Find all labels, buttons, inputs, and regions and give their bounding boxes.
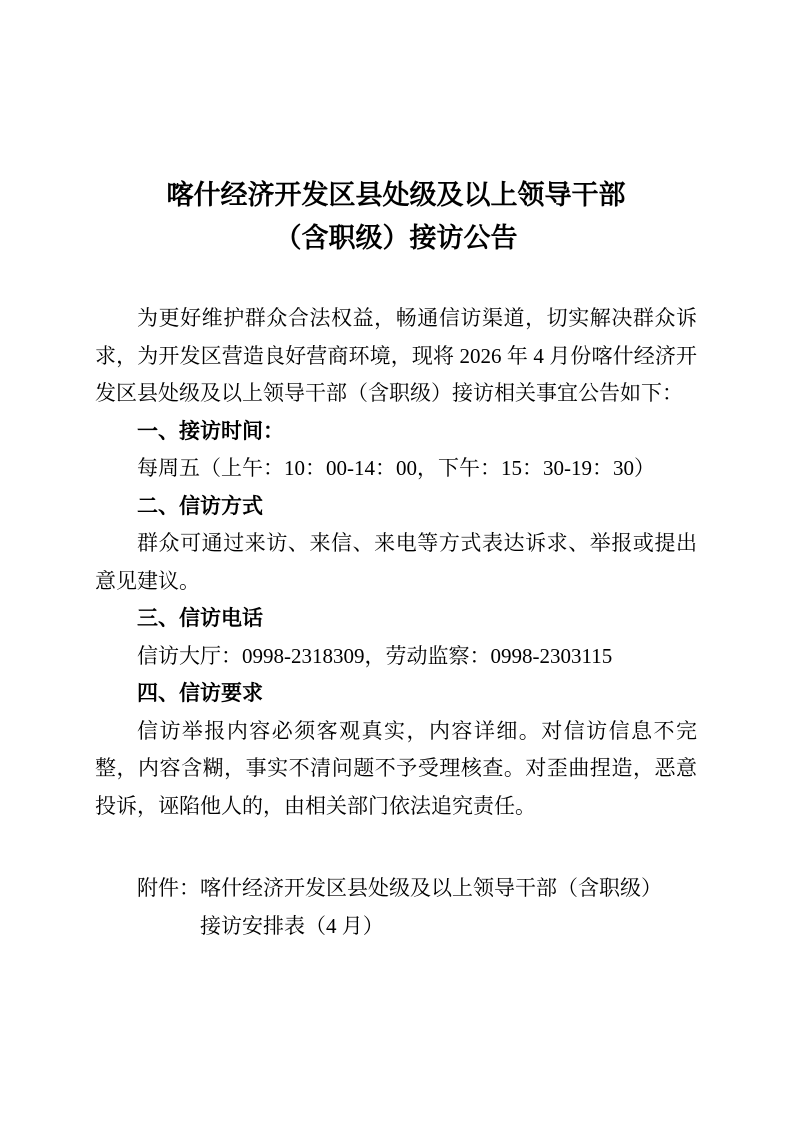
section-heading-petition-requirements: 四、信访要求 [95,675,697,713]
attachment-line1: 附件：喀什经济开发区县处级及以上领导干部（含职级） [95,870,697,908]
section-body-visit-time: 每周五（上午：10：00-14：00，下午：15：30-19：30） [95,450,697,488]
attachment-note: 附件：喀什经济开发区县处级及以上领导干部（含职级） 接访安排表（4 月） [95,870,697,945]
section-body-petition-method: 群众可通过来访、来信、来电等方式表达诉求、举报或提出意见建议。 [95,525,697,600]
document-title: 喀什经济开发区县处级及以上领导干部 （含职级）接访公告 [95,174,697,260]
document-title-line1: 喀什经济开发区县处级及以上领导干部 [95,174,697,217]
attachment-line2: 接访安排表（4 月） [95,908,697,946]
document-title-line2: （含职级）接访公告 [95,217,697,260]
section-body-petition-phone: 信访大厅：0998-2318309，劳动监察：0998-2303115 [95,638,697,676]
document-body: 为更好维护群众合法权益，畅通信访渠道，切实解决群众诉求，为开发区营造良好营商环境… [95,300,697,945]
section-heading-visit-time: 一、接访时间： [95,413,697,451]
intro-paragraph: 为更好维护群众合法权益，畅通信访渠道，切实解决群众诉求，为开发区营造良好营商环境… [95,300,697,413]
section-body-petition-requirements: 信访举报内容必须客观真实，内容详细。对信访信息不完整，内容含糊，事实不清问题不予… [95,713,697,826]
section-heading-petition-phone: 三、信访电话 [95,600,697,638]
document-page: 喀什经济开发区县处级及以上领导干部 （含职级）接访公告 为更好维护群众合法权益，… [0,0,793,1122]
section-heading-petition-method: 二、信访方式 [95,488,697,526]
